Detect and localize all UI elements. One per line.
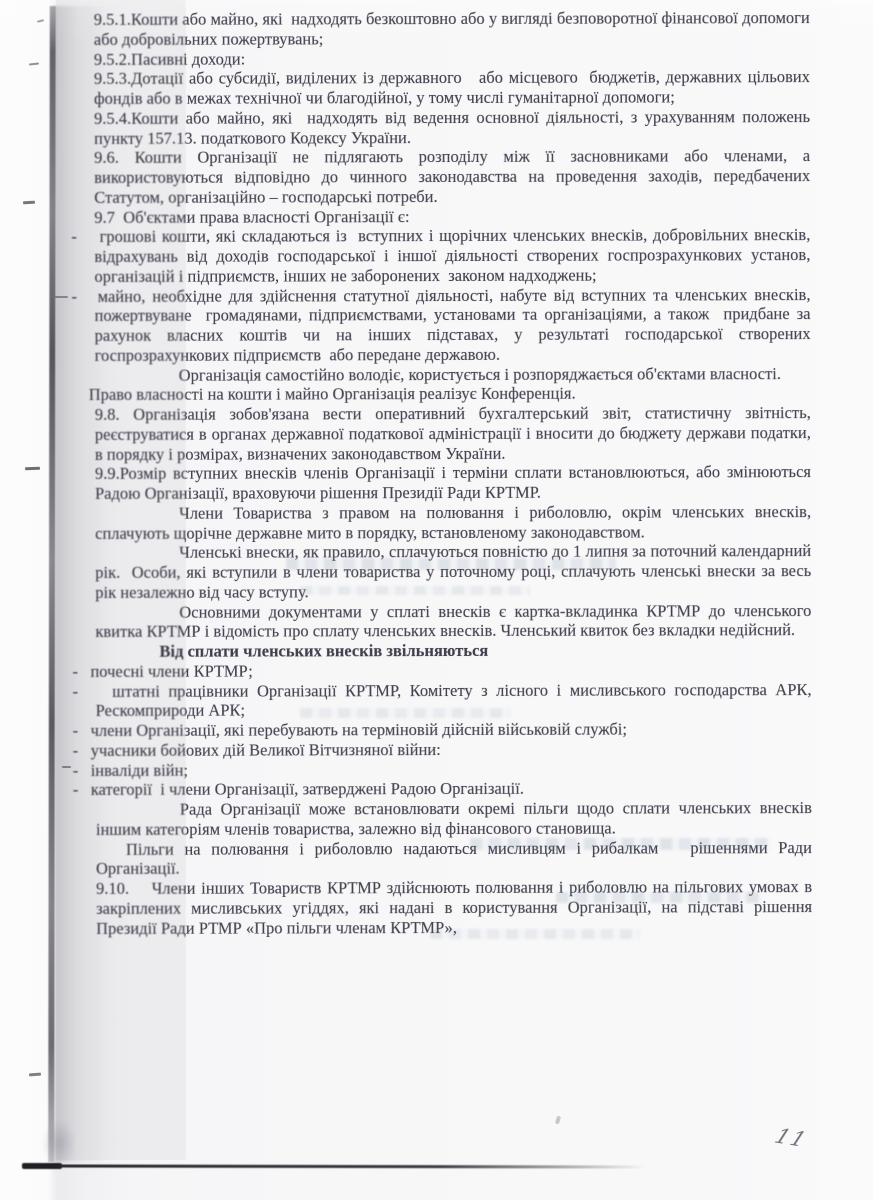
bleed-through-artifact [430, 929, 640, 939]
bleed-through-artifact [286, 558, 616, 570]
bleed-through-artifact [470, 838, 770, 850]
document-paragraph-12: 9.9.Розмір вступних внесків членів Орган… [95, 462, 811, 503]
scan-edge-bottom-blob [22, 1163, 62, 1169]
scan-edge-bottom [58, 1164, 646, 1168]
document-paragraph-22: - категорії і члени Організації, затверд… [96, 778, 812, 800]
bleed-through-artifact [300, 586, 530, 595]
document-paragraph-11: 9.8. Організація зобов'язана вести опера… [95, 403, 811, 464]
document-paragraph-20: - учасники бойових дій Великої Вітчизнян… [96, 739, 812, 761]
document-paragraph-19: - члени Організації, які перебувають на … [96, 719, 812, 741]
document-paragraph-4: 9.5.4.Кошти або майно, які надходять від… [94, 107, 810, 148]
document-paragraph-6: 9.7 Об'єктами права власності Організаці… [94, 206, 810, 228]
stray-mark [29, 62, 39, 65]
scan-corner-smudge [42, 1120, 76, 1166]
document-paragraph-16: Від сплати членських внесків звільняютьс… [95, 640, 811, 662]
bleed-through-artifact [300, 708, 510, 718]
stray-mark [555, 1116, 561, 1125]
stray-mark [37, 19, 44, 23]
stray-mark [25, 467, 40, 471]
stray-mark [55, 296, 68, 298]
stray-mark [23, 201, 35, 205]
document-paragraph-17: - почесні члени КРТМР; [95, 660, 811, 682]
document-paragraph-8: - майно, необхідне для здійснення статут… [95, 285, 811, 366]
bleed-through-artifact [556, 892, 761, 903]
document-paragraph-2: 9.5.2.Пасивні доходи: [94, 48, 810, 70]
page-number: 11 [771, 1124, 811, 1152]
document-paragraph-3: 9.5.3.Дотації або субсидії, виділених із… [94, 67, 810, 108]
document-text-block: 9.5.1.Кошти або майно, які надходять без… [94, 8, 812, 938]
stray-mark [29, 1073, 41, 1077]
document-paragraph-5: 9.6. Кошти Організації не підлягають роз… [94, 146, 810, 207]
document-paragraph-23: Рада Організації може встановлювати окре… [96, 798, 812, 839]
document-paragraph-15: Основними документами у сплаті внесків є… [95, 601, 811, 642]
document-paragraph-13: Члени Товариства з правом на полювання і… [95, 502, 811, 543]
document-paragraph-10: Право власності на кошти і майно Організ… [95, 383, 811, 405]
document-paragraph-21: - інваліди війн; [96, 759, 812, 781]
document-paragraph-1: 9.5.1.Кошти або майно, які надходять без… [94, 8, 810, 49]
scanned-document-page: 9.5.1.Кошти або майно, які надходять без… [0, 0, 873, 1200]
stray-mark [62, 766, 71, 768]
document-paragraph-9: Організація самостійно володіє, користує… [95, 364, 811, 386]
document-paragraph-7: - грошові кошти, які складаються із всту… [94, 225, 810, 286]
